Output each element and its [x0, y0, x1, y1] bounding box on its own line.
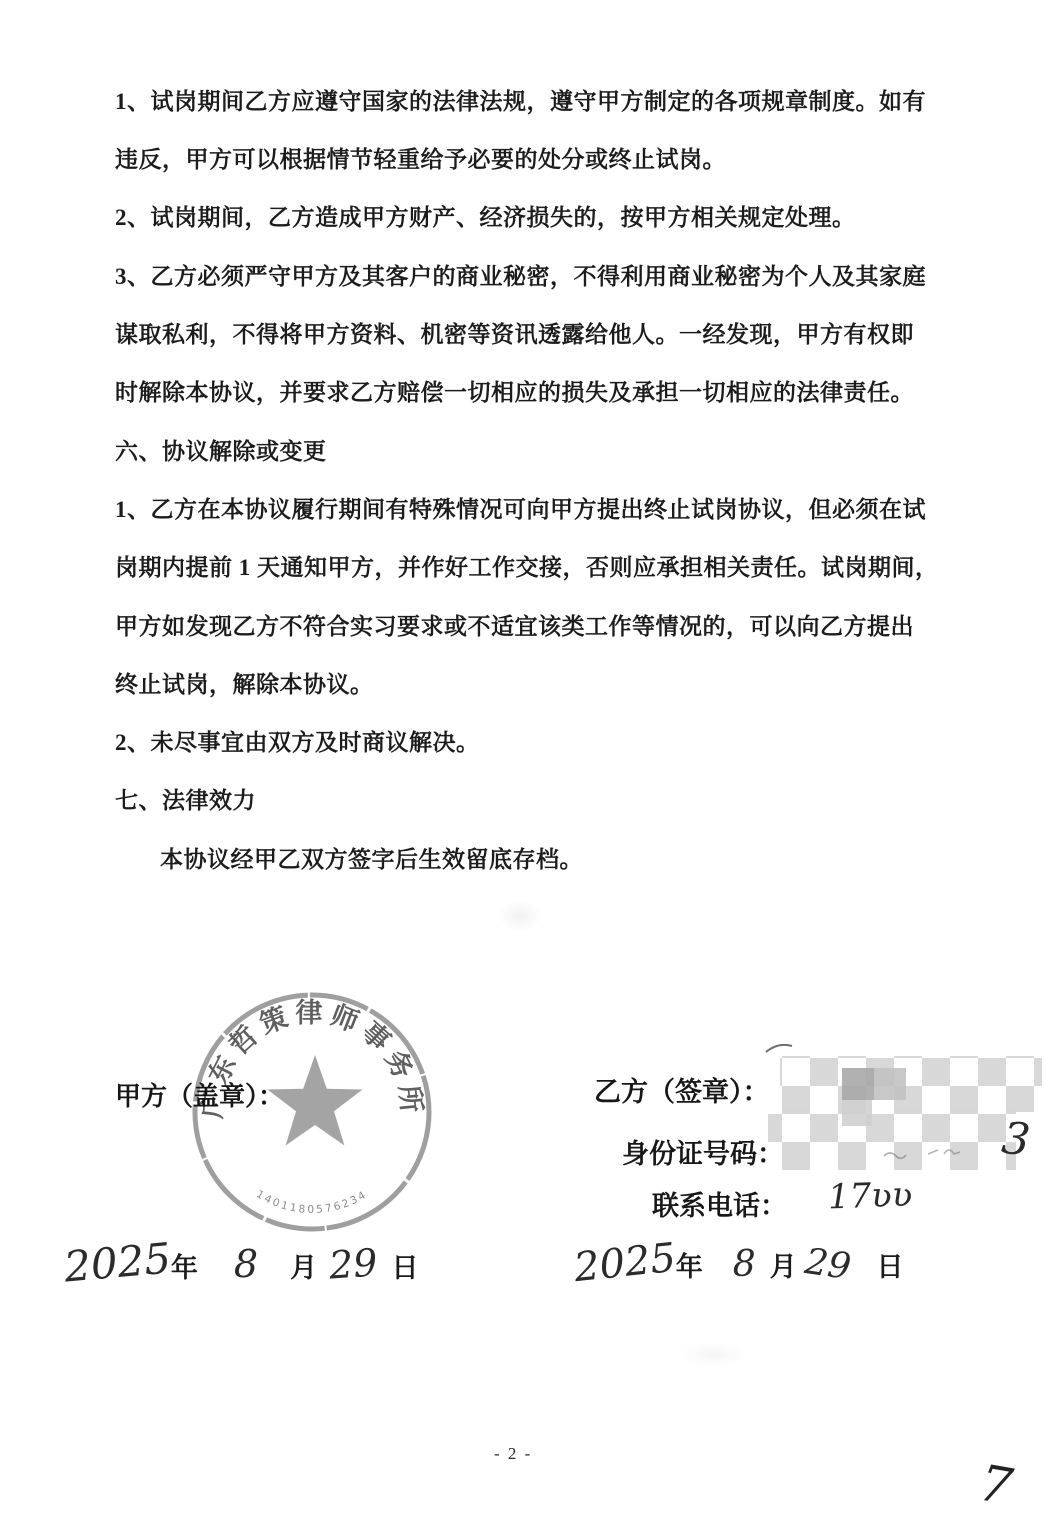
- body-line: 时解除本协议，并要求乙方赔偿一切相应的损失及承担一切相应的法律责任。: [115, 374, 914, 407]
- scan-smudge: [498, 900, 542, 932]
- redaction-mosaic-square: [842, 1100, 872, 1126]
- body-line: 终止试岗，解除本协议。: [115, 666, 374, 699]
- section-heading-6: 六、协议解除或变更: [115, 433, 327, 466]
- redaction-mosaic-square: [874, 1068, 906, 1100]
- party-a-date: 2025 年 8 月 29 日: [64, 1238, 418, 1287]
- svg-text:1401180576234: 1401180576234: [254, 1188, 370, 1216]
- party-a-day-handwritten: 29: [328, 1240, 379, 1287]
- company-seal-stamp: 广东哲策律师事务所 1401180576234: [186, 988, 438, 1238]
- party-b-sign-label: 乙方（签章）：: [594, 1070, 770, 1109]
- seal-star: [267, 1055, 362, 1146]
- scanned-contract-page: 1、试岗期间乙方应遵守国家的法律法规，遵守甲方制定的各项规章制度。如有 违反，甲…: [0, 0, 1056, 1529]
- party-b-date: 2025 年 8 月 29 日: [574, 1240, 904, 1286]
- phone-handwritten-value: 17ʋʋ: [827, 1175, 913, 1218]
- redaction-mosaic-id: [768, 1108, 1016, 1170]
- body-line: 3、乙方必须严守甲方及其客户的商业秘密，不得利用商业秘密为个人及其家庭: [115, 258, 926, 291]
- party-b-day-handwritten: 29: [802, 1241, 853, 1288]
- id-number-label: 身份证号码：: [622, 1132, 784, 1171]
- body-line: 谋取私利，不得将甲方资料、机密等资讯透露给他人。一经发现，甲方有权即: [115, 316, 914, 349]
- party-a-year-handwritten: 2025: [62, 1233, 173, 1291]
- redaction-mosaic-dark-square: [842, 1068, 874, 1100]
- corner-handwritten-mark: 7: [975, 1454, 1016, 1517]
- month-suffix: 月: [290, 1246, 317, 1285]
- party-b-year-handwritten: 2025: [572, 1235, 678, 1291]
- month-suffix: 月: [770, 1245, 797, 1284]
- day-suffix: 日: [877, 1245, 904, 1284]
- phone-label: 联系电话：: [652, 1184, 787, 1223]
- redaction-mosaic-name: [780, 1056, 1042, 1112]
- scan-smudge: [678, 1342, 748, 1368]
- seal-serial-number: 1401180576234: [254, 1188, 370, 1216]
- page-number: - 2 -: [494, 1444, 532, 1464]
- body-line: 2、未尽事宜由双方及时商议解决。: [115, 724, 480, 757]
- id-number-tail-digit: 3: [999, 1113, 1032, 1167]
- body-line: 甲方如发现乙方不符合实习要求或不适宜该类工作等情况的，可以向乙方提出: [115, 608, 914, 641]
- section-heading-7: 七、法律效力: [115, 782, 256, 815]
- body-line: 2、试岗期间，乙方造成甲方财产、经济损失的，按甲方相关规定处理。: [115, 199, 856, 232]
- year-suffix: 年: [171, 1246, 198, 1285]
- day-suffix: 日: [391, 1246, 418, 1285]
- year-suffix: 年: [676, 1245, 703, 1284]
- body-line: 1、乙方在本协议履行期间有特殊情况可向甲方提出终止试岗协议，但必须在试: [115, 491, 926, 524]
- body-line: 1、试岗期间乙方应遵守国家的法律法规，遵守甲方制定的各项规章制度。如有: [115, 83, 926, 116]
- party-a-month-handwritten: 8: [234, 1242, 258, 1286]
- body-line: 岗期内提前 1 天通知甲方，并作好工作交接，否则应承担相关责任。试岗期间，: [115, 549, 939, 582]
- body-line: 本协议经甲乙双方签字后生效留底存档。: [160, 841, 583, 874]
- body-line: 违反，甲方可以根据情节轻重给予必要的处分或终止试岗。: [115, 141, 726, 174]
- party-b-month-handwritten: 8: [733, 1244, 756, 1285]
